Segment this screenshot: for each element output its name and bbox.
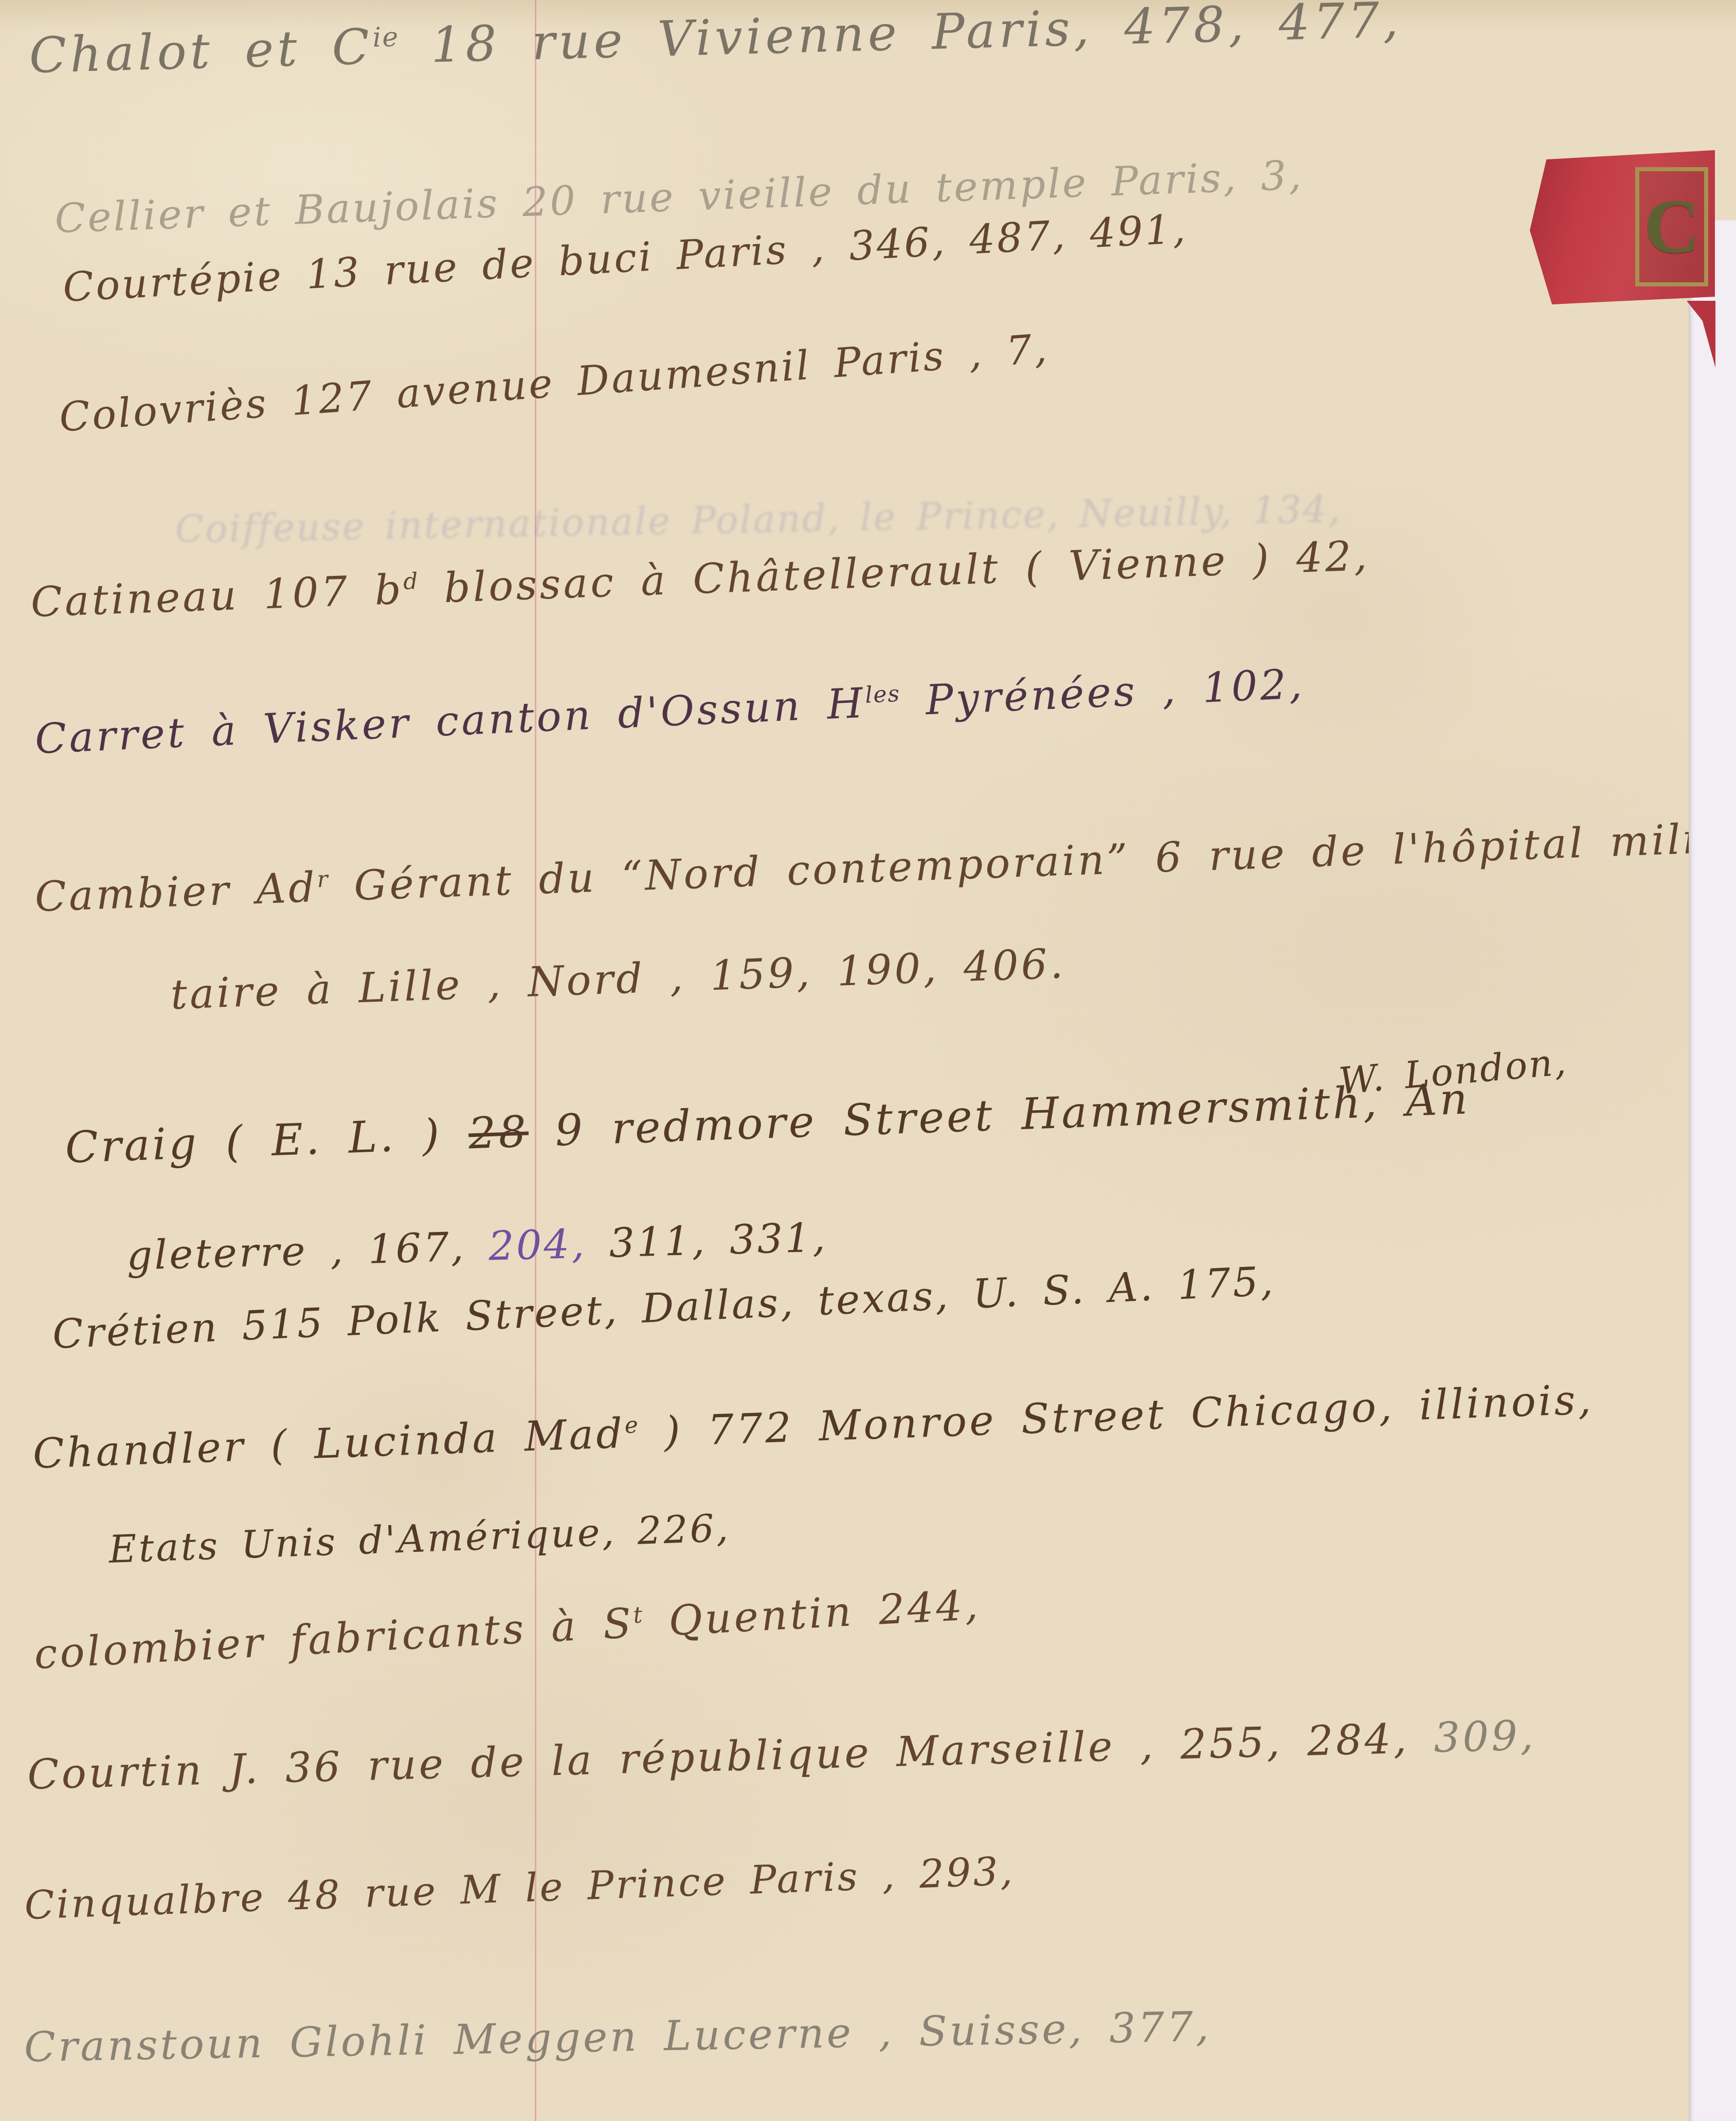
- index-tab-gold-frame: C: [1635, 167, 1708, 286]
- superscript: r: [317, 866, 330, 893]
- violet-page-number: 204,: [488, 1221, 587, 1270]
- superscript: les: [864, 681, 901, 709]
- superscript: d: [403, 568, 419, 595]
- scan-background-edge: [1689, 220, 1736, 2121]
- margin-rule-line: [535, 0, 536, 2121]
- superscript: t: [632, 1602, 644, 1628]
- index-tab-letter: C: [1644, 188, 1699, 265]
- index-tab-c: C: [1530, 150, 1715, 304]
- superscript: ie: [372, 22, 400, 53]
- superscript: e: [624, 1412, 640, 1439]
- pencil-page-number: 309,: [1433, 1711, 1536, 1762]
- struck-number: 28: [467, 1107, 529, 1159]
